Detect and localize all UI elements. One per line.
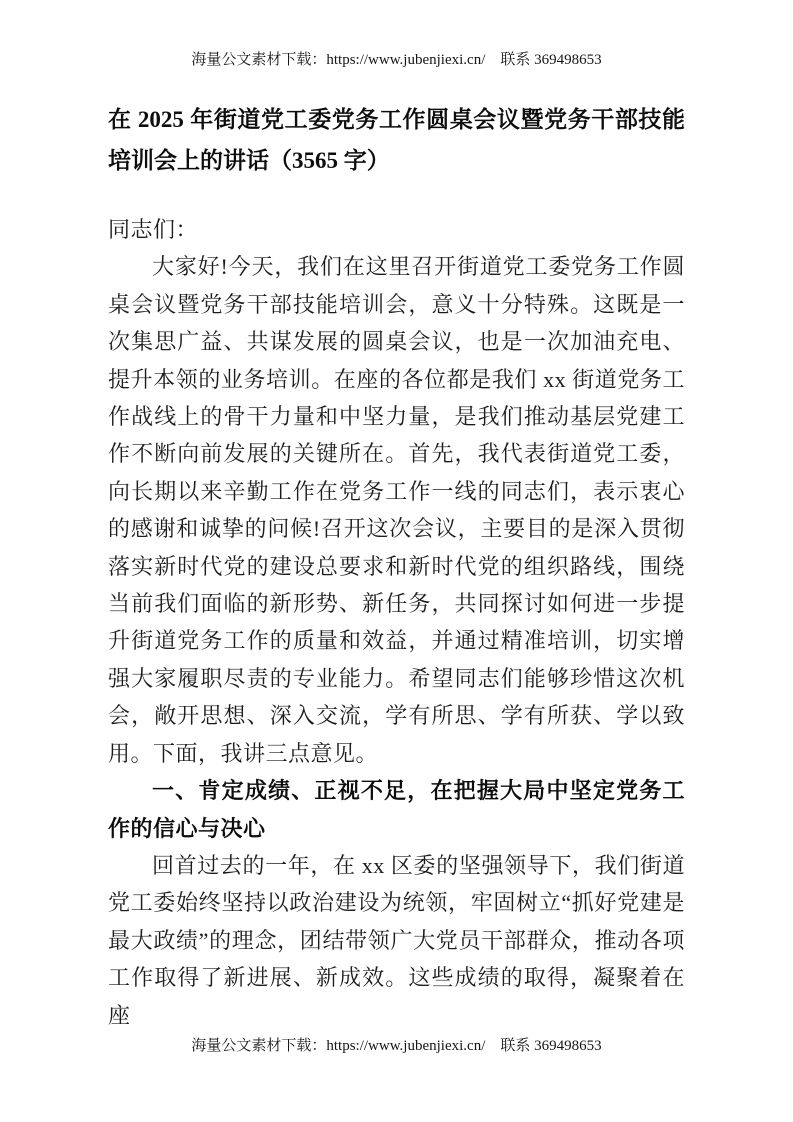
page-footer: 海量公文素材下载：https://www.jubenjiexi.cn/ 联系 3…: [0, 1036, 793, 1056]
header-watermark-text: 海量公文素材下载：https://www.jubenjiexi.cn/ 联系 3…: [191, 52, 601, 68]
page-header: 海量公文素材下载：https://www.jubenjiexi.cn/ 联系 3…: [0, 50, 793, 70]
opening-paragraph: 大家好!今天，我们在这里召开街道党工委党务工作圆桌会议暨党务干部技能培训会，意义…: [108, 248, 685, 772]
section-one-paragraph: 回首过去的一年，在 xx 区委的坚强领导下，我们街道党工委始终坚持以政治建设为统…: [108, 847, 685, 1034]
footer-watermark-text: 海量公文素材下载：https://www.jubenjiexi.cn/ 联系 3…: [191, 1038, 601, 1054]
document-title: 在 2025 年街道党工委党务工作圆桌会议暨党务干部技能培训会上的讲话（3565…: [108, 99, 685, 181]
document-content: 在 2025 年街道党工委党务工作圆桌会议暨党务干部技能培训会上的讲话（3565…: [108, 99, 685, 1034]
section-one-heading: 一、肯定成绩、正视不足，在把握大局中坚定党务工作的信心与决心: [108, 772, 685, 847]
salutation-paragraph: 同志们：: [108, 211, 685, 248]
document-page: 海量公文素材下载：https://www.jubenjiexi.cn/ 联系 3…: [0, 0, 793, 1122]
